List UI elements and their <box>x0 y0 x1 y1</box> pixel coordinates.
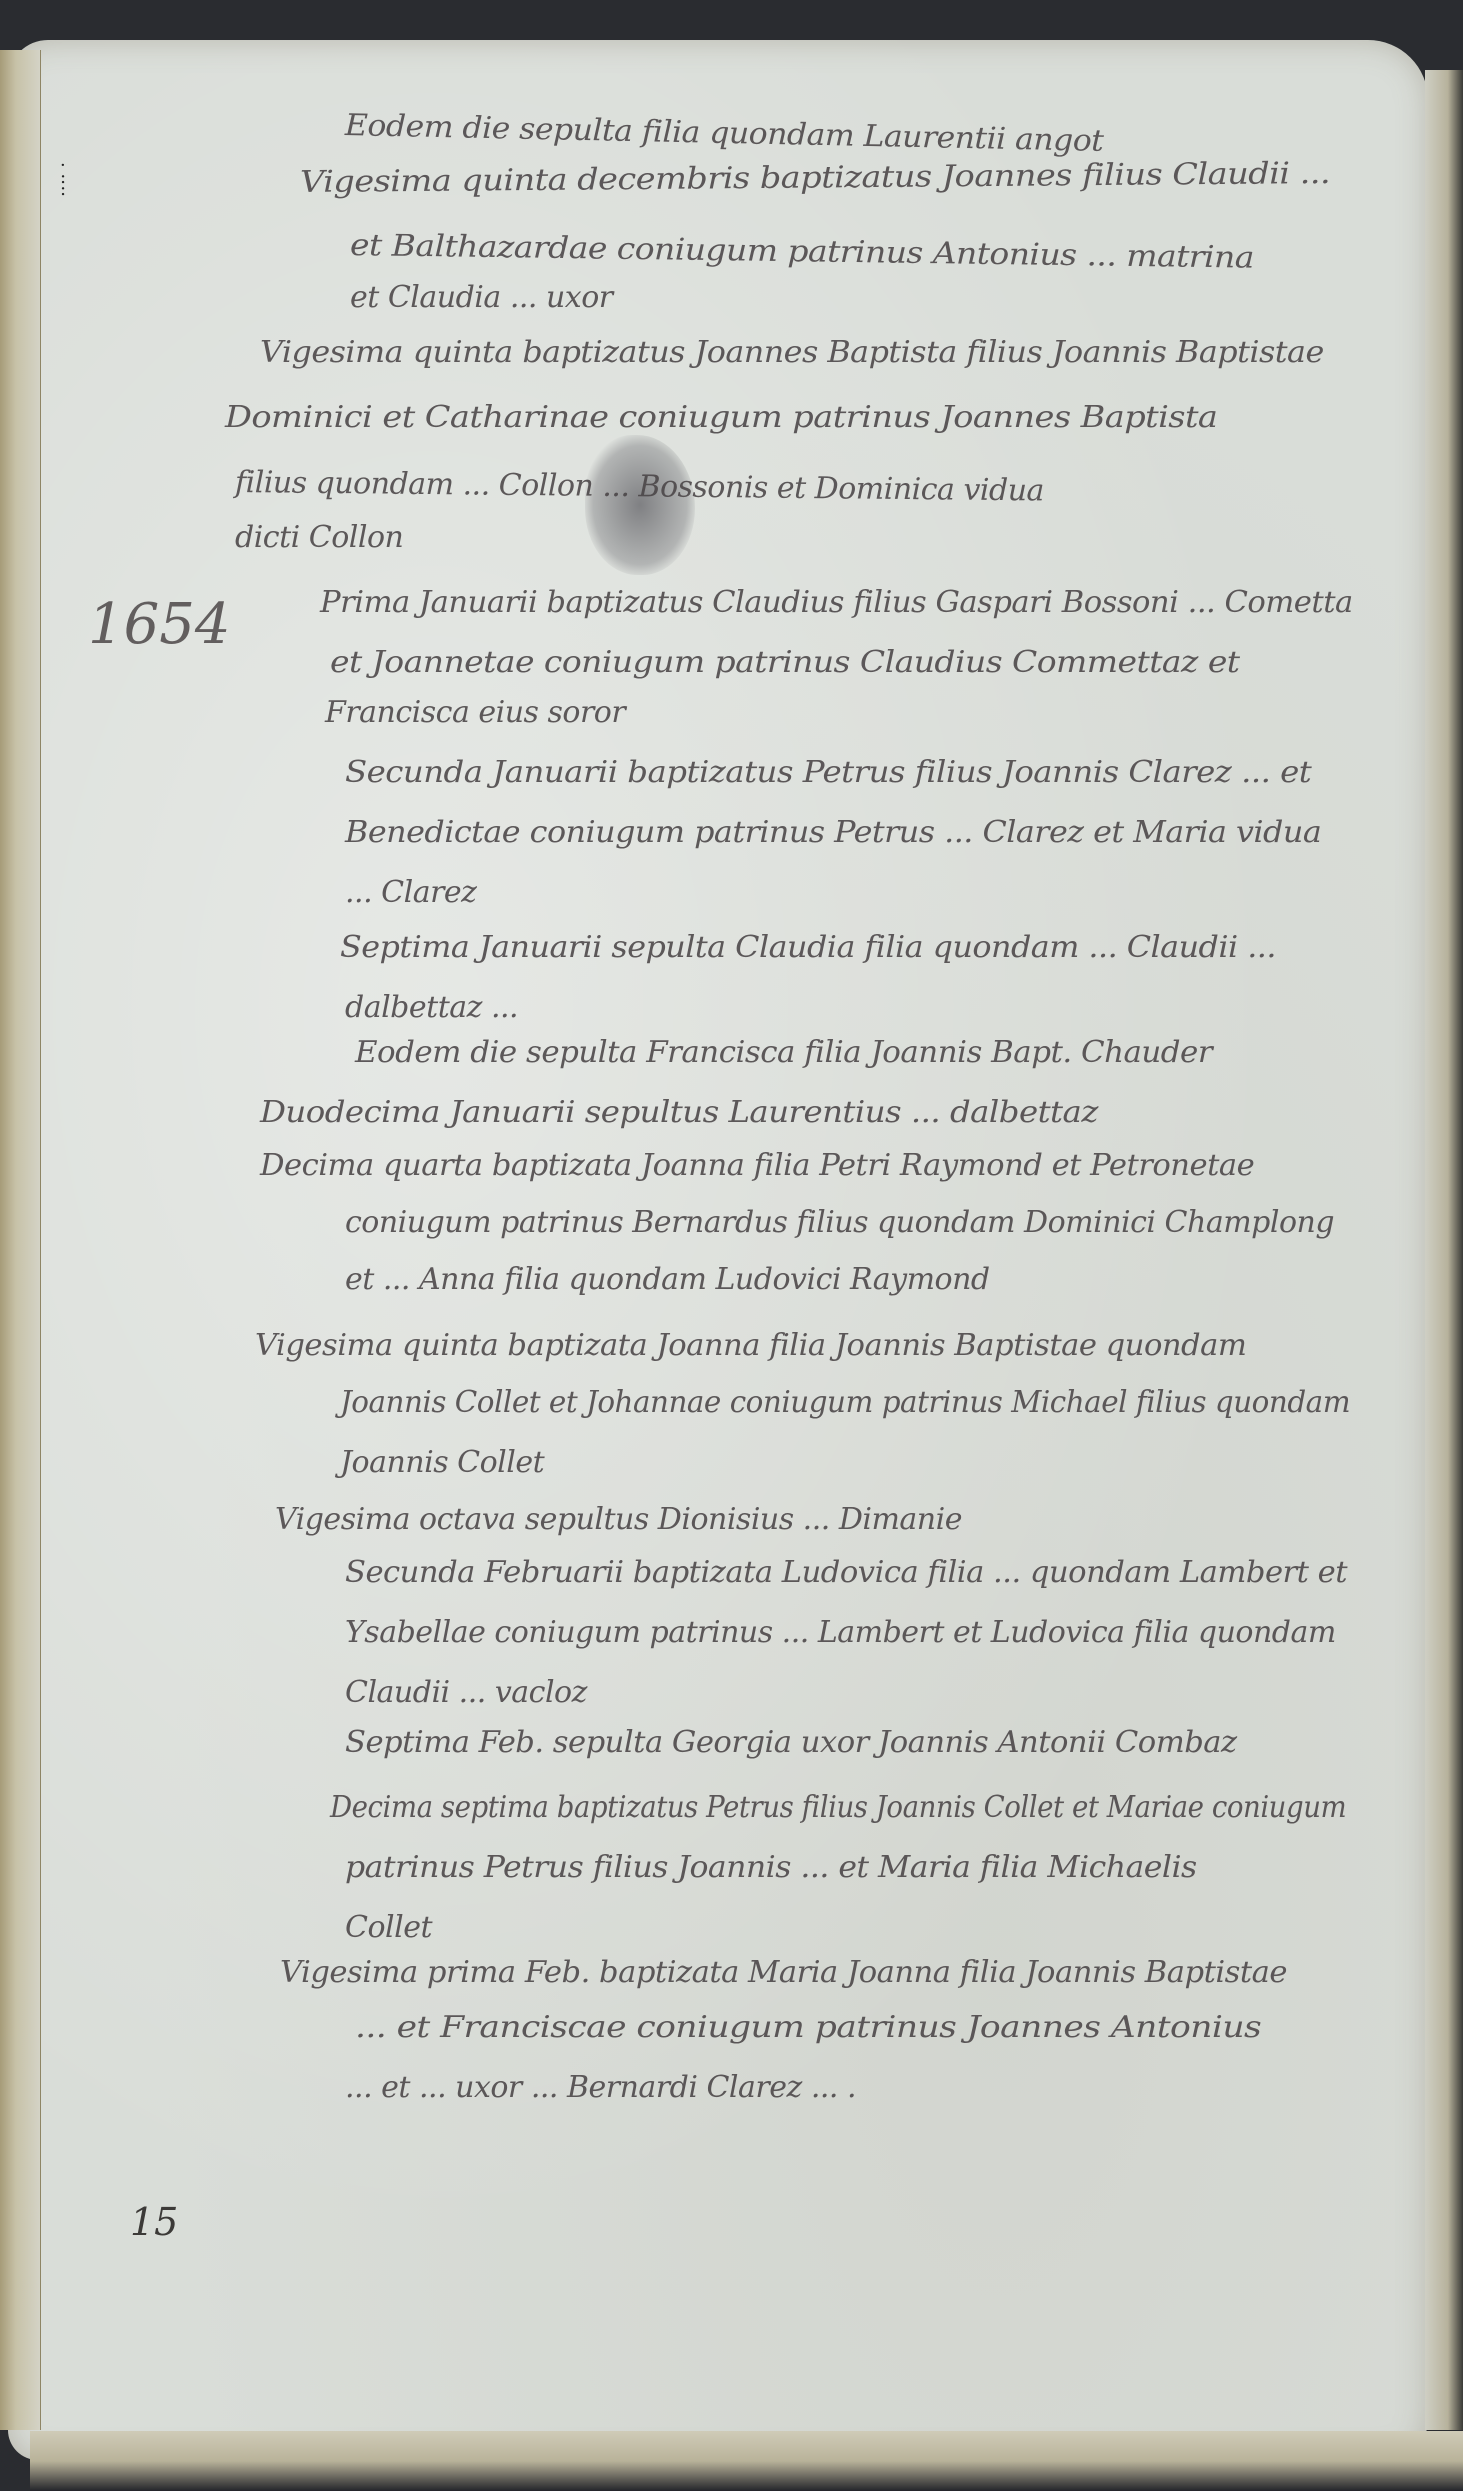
text-line: Collet <box>345 1910 432 1945</box>
text-line: Septima Januarii sepulta Claudia filia q… <box>340 930 1276 965</box>
margin-year: 1654 <box>88 592 231 657</box>
text-line: Ysabellae coniugum patrinus ... Lambert … <box>345 1615 1336 1650</box>
folio-number: 15 <box>130 2200 178 2244</box>
margin-dots: ·:: <box>60 160 66 196</box>
text-line: et Joannetae coniugum patrinus Claudius … <box>330 645 1240 680</box>
text-line: Claudii ... vacloz <box>345 1675 587 1710</box>
ink-stain <box>585 435 695 575</box>
text-line: Decima quarta baptizata Joanna filia Pet… <box>260 1148 1254 1183</box>
text-line: Septima Feb. sepulta Georgia uxor Joanni… <box>345 1725 1237 1760</box>
text-line: ... Clarez <box>345 875 476 910</box>
text-line: Benedictae coniugum patrinus Petrus ... … <box>345 815 1321 850</box>
text-line: Joannis Collet et Johannae coniugum patr… <box>340 1385 1350 1420</box>
text-line: Joannis Collet <box>340 1445 544 1480</box>
text-line: Secunda Januarii baptizatus Petrus filiu… <box>345 755 1311 790</box>
text-line: Decima septima baptizatus Petrus filius … <box>330 1790 1346 1825</box>
text-line: ... et Franciscae coniugum patrinus Joan… <box>355 2010 1261 2045</box>
text-line: Secunda Februarii baptizata Ludovica fil… <box>345 1555 1347 1590</box>
text-line: coniugum patrinus Bernardus filius quond… <box>345 1205 1334 1240</box>
text-line: Prima Januarii baptizatus Claudius filiu… <box>320 585 1353 620</box>
text-line: Vigesima quinta baptizatus Joannes Bapti… <box>260 335 1324 370</box>
text-line: Dominici et Catharinae coniugum patrinus… <box>225 400 1217 435</box>
text-line: Eodem die sepulta Francisca filia Joanni… <box>355 1035 1212 1070</box>
page-right-edge <box>1425 70 1463 2430</box>
text-line: ... et ... uxor ... Bernardi Clarez ... … <box>345 2070 856 2105</box>
text-line: Vigesima quinta baptizata Joanna filia J… <box>255 1328 1246 1363</box>
text-line: et ... Anna filia quondam Ludovici Raymo… <box>345 1262 990 1297</box>
text-line: dicti Collon <box>235 520 403 555</box>
text-line: Duodecima Januarii sepultus Laurentius .… <box>260 1095 1098 1130</box>
text-line: Vigesima prima Feb. baptizata Maria Joan… <box>280 1955 1287 1990</box>
binding-gutter <box>0 50 41 2430</box>
text-line: Francisca eius soror <box>325 695 625 730</box>
text-line: patrinus Petrus filius Joannis ... et Ma… <box>345 1850 1197 1885</box>
text-line: et Claudia ... uxor <box>350 280 613 315</box>
text-line: dalbettaz ... <box>345 990 518 1025</box>
text-line: Vigesima octava sepultus Dionisius ... D… <box>275 1502 962 1537</box>
page-bottom-edge <box>30 2431 1463 2491</box>
